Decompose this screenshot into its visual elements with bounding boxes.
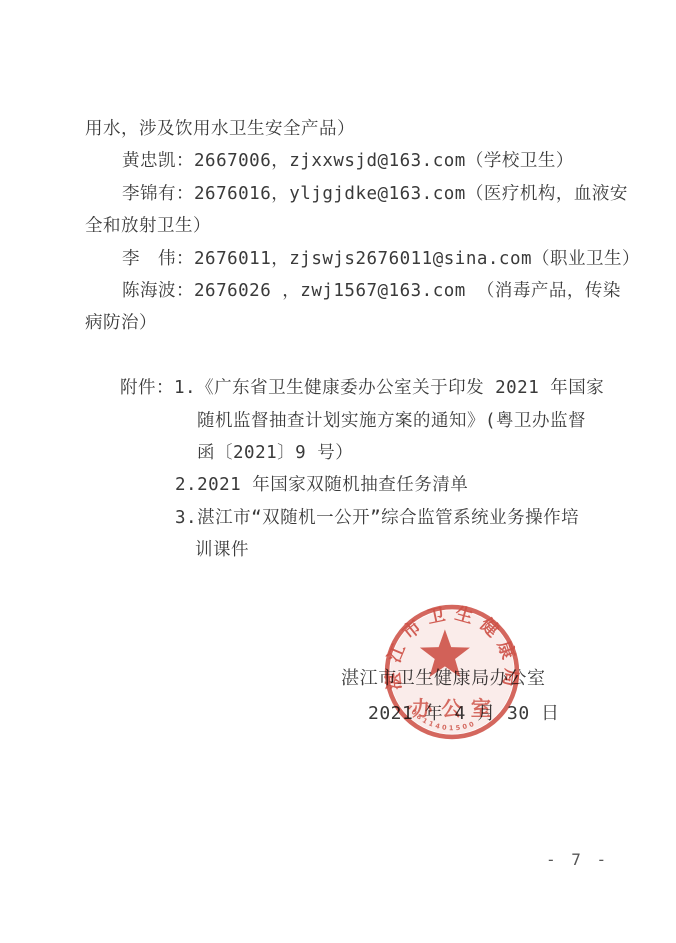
body-text: 用水，涉及饮用水卫生安全产品） 黄忠凯：2667006，zjxxwsjd@163… [0, 113, 676, 566]
contact-line: 李 伟：2676011，zjswjs2676011@sina.com（职业卫生） [0, 243, 676, 275]
body-line: 用水，涉及饮用水卫生安全产品） [0, 113, 676, 145]
attachment-item: 3.湛江市“双随机一公开”综合监管系统业务操作培 [0, 502, 676, 534]
official-seal-stamp: 湛江市卫生健康局 办公室 40811401500 [382, 601, 522, 743]
contact-line-wrap: 全和放射卫生） [0, 210, 676, 242]
attachment-item: 2.2021 年国家双随机抽查任务清单 [0, 469, 676, 501]
seal-graphic: 湛江市卫生健康局 办公室 40811401500 [382, 601, 522, 743]
blank-line [0, 340, 676, 372]
attachment-line-wrap: 训课件 [0, 534, 676, 566]
contact-line: 陈海波：2676026 ，zwj1567@163.com （消毒产品，传染 [0, 275, 676, 307]
document-page: 用水，涉及饮用水卫生安全产品） 黄忠凯：2667006，zjxxwsjd@163… [0, 0, 676, 943]
contact-line: 黄忠凯：2667006，zjxxwsjd@163.com（学校卫生） [0, 145, 676, 177]
attachment-line-wrap: 函〔2021〕9 号） [0, 437, 676, 469]
attachment-line-wrap: 随机监督抽查计划实施方案的通知》(粤卫办监督 [0, 405, 676, 437]
contact-line-wrap: 病防治） [0, 307, 676, 339]
contact-line: 李锦有：2676016，yljgjdke@163.com（医疗机构，血液安 [0, 178, 676, 210]
page-number: - 7 - [546, 850, 609, 869]
attachment-label-line: 附件：1.《广东省卫生健康委办公室关于印发 2021 年国家 [0, 372, 676, 404]
